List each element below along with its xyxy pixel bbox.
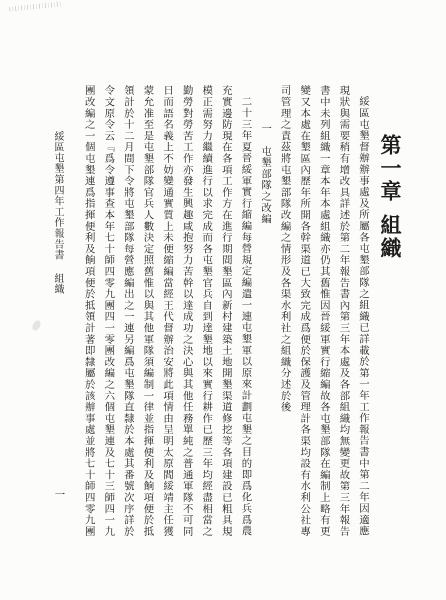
body-text: 綏區屯墾督辦辦事處及所屬各屯墾部隊之組織已詳載於第一年工作報告書中第二年因適應 … [73,85,367,541]
running-title-chapter: 組織 [52,273,63,295]
running-title: 綏區屯墾第四年工作報告書組織 [52,131,62,294]
chapter-number: 第一章 [378,134,402,203]
section-heading: 一 屯墾部隊之改編 [249,85,269,541]
faint-pencil-annotation [9,1,63,12]
text-column-8: 充實邊防現在各項工作方在進行期間墾區內新村建築土地開墾渠道修挖等各項建設已粗具規 [210,85,230,541]
text-column-3: 書中未列組織一章本年本處組織亦仍其舊惟因晉綏軍實行縮編故各屯墾部隊在編制上略有更 [308,85,328,541]
text-column-10: 勤勞對勞苦工作亦發生興趣咸抱努力苦幹以達成功之決心與其他任務單純之普通軍隊不可同 [171,85,191,541]
text-column-4: 變又本處在墾區內歷年所開各幹渠道已大致完成爲便於保護及管理計各渠均設有水利公社專 [289,85,309,541]
text-column-7: 二十三年夏晉綏軍實行縮編每營規定編遣一連屯墾軍以原來計劃屯墾之目的即爲化兵爲農 [230,85,250,541]
text-column-1: 綏區屯墾督辦辦事處及所屬各屯墾部隊之組織已詳載於第一年工作報告書中第二年因適應 [347,85,367,541]
chapter-name: 組織 [378,214,402,260]
text-column-15: 團改編之一個屯墾連爲指揮便利及餉項便於抵領計著即隸屬於該辦事處並將七十師四零九團 [73,85,93,541]
text-column-13: 領計於十二月間下令將屯墾部隊每營應編出之一連另編爲屯墾隊直隸於本處其番號次序詳於 [112,85,132,541]
book-page: 第一章組織 綏區屯墾督辦辦事處及所屬各屯墾部隊之組織已詳載於第一年工作報告書中第… [0,0,446,600]
running-title-book: 綏區屯墾第四年工作報告書 [52,131,63,261]
text-column-12: 蒙允准至是屯墾部隊官兵人數決定照舊惟以與其他軍隊須編制一律並指揮便利及餉項便於抵 [132,85,152,541]
text-column-9: 模正需努力繼續進行以求完成而各屯墾官兵自到達墾地以來實行耕作已歷三年均經盡相當之 [191,85,211,541]
text-column-14: 令文原令云『爲令遵事查本年七十師四零九團四一零團改編之六個屯墾連及七十三師四一九 [93,85,113,541]
scan-smudge [31,319,42,332]
chapter-title: 第一章組織 [368,134,400,260]
page-number: 一 [53,489,64,500]
text-column-2: 現狀與需要稍有增改具詳述於第二年報告書內第三年本處及各部組織均無變更故第三年報告 [328,85,348,541]
text-column-11: 日而語名義上不妨變通實質上未便縮編當經王代督辦治安將此項情由呈明太原閻綏靖主任獲 [151,85,171,541]
text-column-5: 司管理之責茲將屯墾部隊改編之情形及各渠水利社之組織分述於後 [269,85,289,541]
